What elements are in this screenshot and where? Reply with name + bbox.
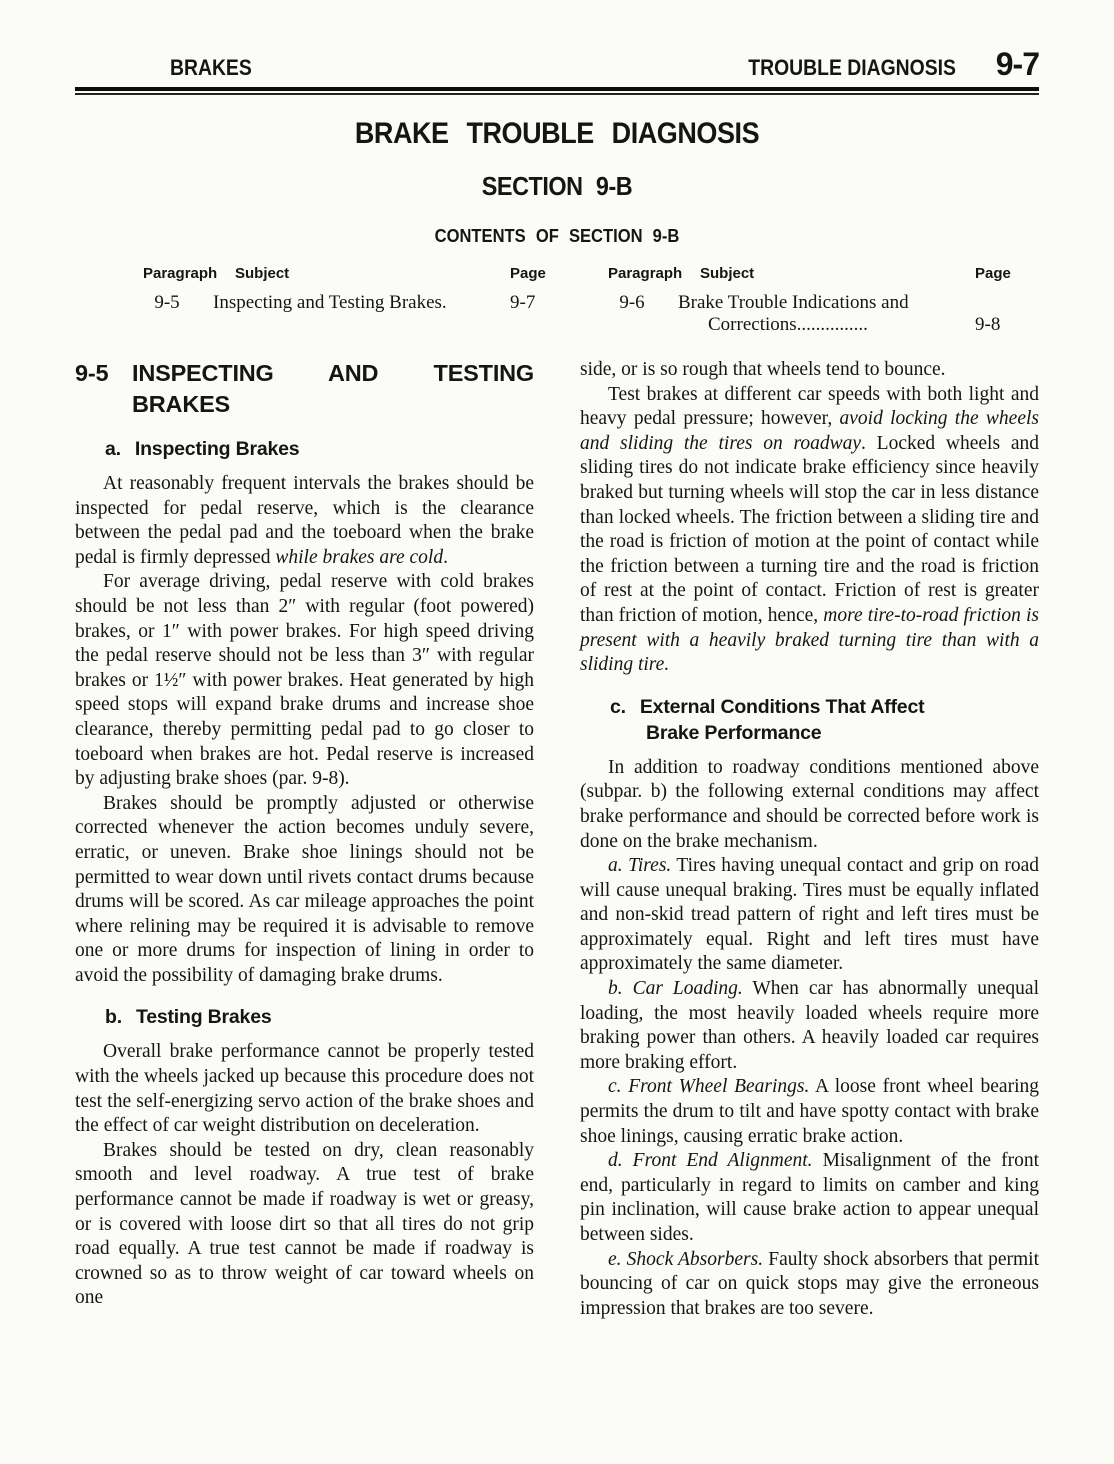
section-9-5-title: INSPECTING AND TESTING [132,358,534,389]
contents-header-page: Page [975,265,1021,282]
subheading-b-testing-brakes: b.Testing Brakes [105,1004,534,1030]
paragraph-inspecting-1: At reasonably frequent intervals the bra… [75,472,534,570]
contents-entry-paragraph: 9-5 [143,292,213,314]
text-run: . [443,547,448,568]
section-9-5-heading: 9-5 INSPECTING AND TESTING BRAKES [75,358,534,420]
body-columns: 9-5 INSPECTING AND TESTING BRAKES a.Insp… [75,358,1039,1321]
italic-lead: e. Shock Absorbers. [608,1249,763,1270]
contents-header-paragraph: Paragraph [608,265,700,282]
manual-page: BRAKES TROUBLE DIAGNOSIS 9-7 BRAKE TROUB… [0,0,1114,1464]
italic-lead: a. Tires. [608,855,671,876]
paragraph-continuation: side, or is so rough that wheels tend to… [580,358,1039,383]
paragraph-inspecting-2: For average driving, pedal reserve with … [75,570,534,791]
contents-left-half: Paragraph Subject Page 9-5 Inspecting an… [75,265,584,336]
header-rule [75,87,1039,95]
list-item-front-end-alignment: d. Front End Alignment. Misalignment of … [580,1149,1039,1247]
list-item-car-loading: b. Car Loading. When car has abnormally … [580,977,1039,1075]
contents-entry-paragraph: 9-6 [608,292,678,314]
list-item-tires: a. Tires. Tires having unequal contact a… [580,854,1039,977]
section-9-5-heading-line1: 9-5 INSPECTING AND TESTING [75,358,534,389]
section-title: SECTION 9-B [123,171,991,202]
paragraph-test-speeds: Test brakes at different car speeds with… [580,383,1039,678]
subheading-line1: c.External Conditions That Affect [610,694,1039,720]
subheading-line2: Brake Performance [610,720,1039,746]
paragraph-testing-1: Overall brake performance cannot be prop… [75,1040,534,1138]
italic-lead: b. Car Loading. [608,978,743,999]
running-head-right: TROUBLE DIAGNOSIS [748,55,956,81]
page-title: BRAKE TROUBLE DIAGNOSIS [123,117,991,151]
contents-header-subject: Subject [700,265,975,282]
list-item-front-wheel-bearings: c. Front Wheel Bearings. A loose front w… [580,1075,1039,1149]
contents-entry-subject-line2: Corrections............... [708,314,975,336]
subheading-text: Testing Brakes [136,1006,272,1028]
contents-column-headers: Paragraph Subject Page [608,265,1021,282]
subheading-letter: c. [610,696,626,718]
contents-column-headers: Paragraph Subject Page [143,265,556,282]
contents-header-subject: Subject [235,265,510,282]
contents-entry-subject: Inspecting and Testing Brakes. [213,292,510,314]
text-run: . Locked wheels and sliding tires do not… [580,433,1039,626]
contents-header-page: Page [510,265,556,282]
subheading-c-external-conditions: c.External Conditions That Affect Brake … [610,694,1039,746]
italic-lead: c. Front Wheel Bearings. [608,1076,809,1097]
subheading-a-inspecting-brakes: a.Inspecting Brakes [105,436,534,462]
list-item-shock-absorbers: e. Shock Absorbers. Faulty shock absorbe… [580,1248,1039,1322]
contents-heading: CONTENTS OF SECTION 9-B [114,226,1001,247]
subheading-text: External Conditions That Affect [640,696,925,718]
page-number: 9-7 [996,46,1039,83]
section-9-5-number: 9-5 [75,358,132,389]
section-9-5-heading-line2: BRAKES [75,389,534,420]
contents-entry-subject-line1: Brake Trouble Indications and [678,292,975,314]
contents-entry-page: 9-8 [975,314,1021,336]
paragraph-inspecting-3: Brakes should be promptly adjusted or ot… [75,792,534,989]
contents-table: Paragraph Subject Page 9-5 Inspecting an… [75,265,1039,336]
italic-lead: d. Front End Alignment. [608,1150,813,1171]
italic-run: while brakes are cold [275,547,443,568]
left-column: 9-5 INSPECTING AND TESTING BRAKES a.Insp… [75,358,534,1321]
paragraph-testing-2: Brakes should be tested on dry, clean re… [75,1139,534,1311]
paragraph-external-intro: In addition to roadway conditions mentio… [580,756,1039,854]
running-head-left: BRAKES [170,55,252,81]
contents-entry: 9-6 Brake Trouble Indications and Correc… [608,292,1021,336]
contents-entry-subject: Brake Trouble Indications and Correction… [678,292,975,336]
contents-header-paragraph: Paragraph [143,265,235,282]
contents-right-half: Paragraph Subject Page 9-6 Brake Trouble… [584,265,1039,336]
subheading-letter: b. [105,1006,122,1028]
contents-entry: 9-5 Inspecting and Testing Brakes. 9-7 [143,292,556,314]
right-column: side, or is so rough that wheels tend to… [580,358,1039,1321]
running-head: BRAKES TROUBLE DIAGNOSIS 9-7 [75,46,1039,83]
subheading-text: Inspecting Brakes [135,438,300,460]
subheading-letter: a. [105,438,121,460]
contents-entry-page: 9-7 [510,292,556,314]
